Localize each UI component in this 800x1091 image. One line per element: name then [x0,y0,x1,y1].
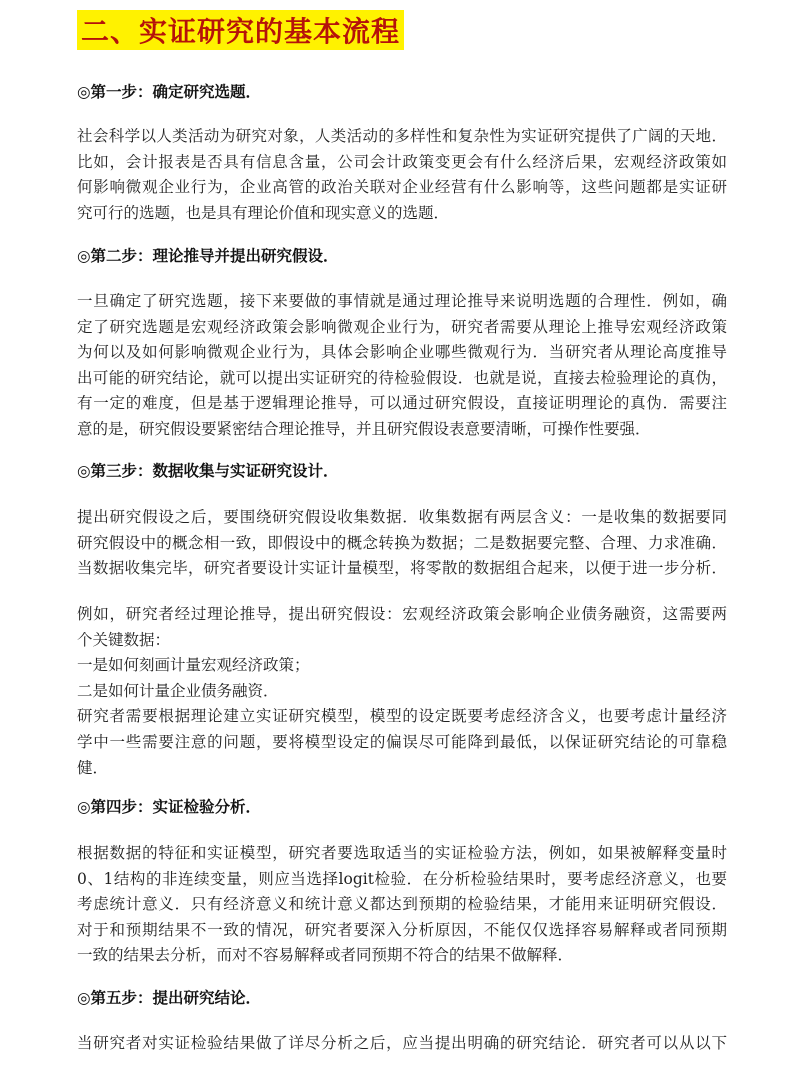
text-line: 一旦确定了研究选题，接下来要做的事情就是通过理论推导来说明选题的合理性．例如，确 [77,289,727,315]
text-line: 社会科学以人类活动为研究对象，人类活动的多样性和复杂性为实证研究提供了广阔的天地… [77,124,727,150]
text-line: 当数据收集完毕，研究者要设计实证计量模型，将零散的数据组合起来，以便于进一步分析… [77,556,727,582]
text-line: 有一定的难度，但是基于逻辑理论推导，可以通过研究假设，直接证明理论的真伪．需要注 [77,391,727,417]
step-3-heading: ◎第三步：数据收集与实证研究设计． [77,459,339,481]
text-line: 提出研究假设之后，要围绕研究假设收集数据．收集数据有两层含义：一是收集的数据要同 [77,505,727,531]
page-title: 二、实证研究的基本流程 [81,10,400,50]
text-line: 究可行的选题，也是具有理论价值和现实意义的选题． [77,201,727,227]
text-line: 定了研究选题是宏观经济政策会影响微观企业行为，研究者需要从理论上推导宏观经济政策 [77,315,727,341]
text-line: 考虑统计意义．只有经济意义和统计意义都达到预期的检验结果，才能用来证明研究假设． [77,892,727,918]
text-line: 出可能的研究结论，就可以提出实证研究的待检验假设．也就是说，直接去检验理论的真伪… [77,366,727,392]
text-line: 例如，研究者经过理论推导，提出研究假设：宏观经济政策会影响企业债务融资，这需要两 [77,602,727,628]
step-2-paragraph: 一旦确定了研究选题，接下来要做的事情就是通过理论推导来说明选题的合理性．例如，确… [77,289,727,443]
text-line: 为何以及如何影响微观企业行为，具体会影响企业哪些微观行为．当研究者从理论高度推导 [77,340,727,366]
text-line: 学中一些需要注意的问题，要将模型设定的偏误尽可能降到最低，以保证研究结论的可靠稳 [77,730,727,756]
text-line: 何影响微观企业行为，企业高管的政治关联对企业经营有什么影响等，这些问题都是实证研 [77,175,727,201]
text-line: 对于和预期结果不一致的情况，研究者要深入分析原因，不能仅仅选择容易解释或者同预期 [77,918,727,944]
step-2-heading: ◎第二步：理论推导并提出研究假设． [77,244,339,266]
text-line: 个关键数据： [77,628,727,654]
step-3-paragraph-1: 提出研究假设之后，要围绕研究假设收集数据．收集数据有两层含义：一是收集的数据要同… [77,505,727,582]
text-line: 一是如何刻画计量宏观经济政策； [77,653,727,679]
step-4-heading: ◎第四步：实证检验分析． [77,795,261,817]
step-5-heading: ◎第五步：提出研究结论． [77,986,261,1008]
text-line: 意的是，研究假设要紧密结合理论推导，并且研究假设表意要清晰，可操作性要强． [77,417,727,443]
step-4-paragraph: 根据数据的特征和实证模型，研究者要选取适当的实证检验方法，例如，如果被解释变量时… [77,841,727,969]
text-line: 健． [77,756,727,782]
text-line: 一致的结果去分析，而对不容易解释或者同预期不符合的结果不做解释． [77,943,727,969]
text-line: 比如，会计报表是否具有信息含量，公司会计政策变更会有什么经济后果，宏观经济政策如 [77,150,727,176]
text-line: 研究假设中的概念相一致，即假设中的概念转换为数据；二是数据要完整、合理、力求准确… [77,531,727,557]
step-1-paragraph: 社会科学以人类活动为研究对象，人类活动的多样性和复杂性为实证研究提供了广阔的天地… [77,124,727,226]
text-line: 研究者需要根据理论建立实证研究模型，模型的设定既要考虑经济含义，也要考虑计量经济 [77,704,727,730]
text-line: 二是如何计量企业债务融资． [77,679,727,705]
text-line: 当研究者对实证检验结果做了详尽分析之后，应当提出明确的研究结论．研究者可以从以下 [77,1031,727,1057]
text-line: 0、1结构的非连续变量，则应当选择logit检验．在分析检验结果时，要考虑经济意… [77,867,727,893]
text-line: 根据数据的特征和实证模型，研究者要选取适当的实证检验方法，例如，如果被解释变量时 [77,841,727,867]
step-1-heading: ◎第一步：确定研究选题． [77,80,261,102]
step-5-paragraph: 当研究者对实证检验结果做了详尽分析之后，应当提出明确的研究结论．研究者可以从以下 [77,1031,727,1057]
step-3-paragraph-2: 例如，研究者经过理论推导，提出研究假设：宏观经济政策会影响企业债务融资，这需要两… [77,602,727,781]
title-highlight: 二、实证研究的基本流程 [77,10,404,50]
